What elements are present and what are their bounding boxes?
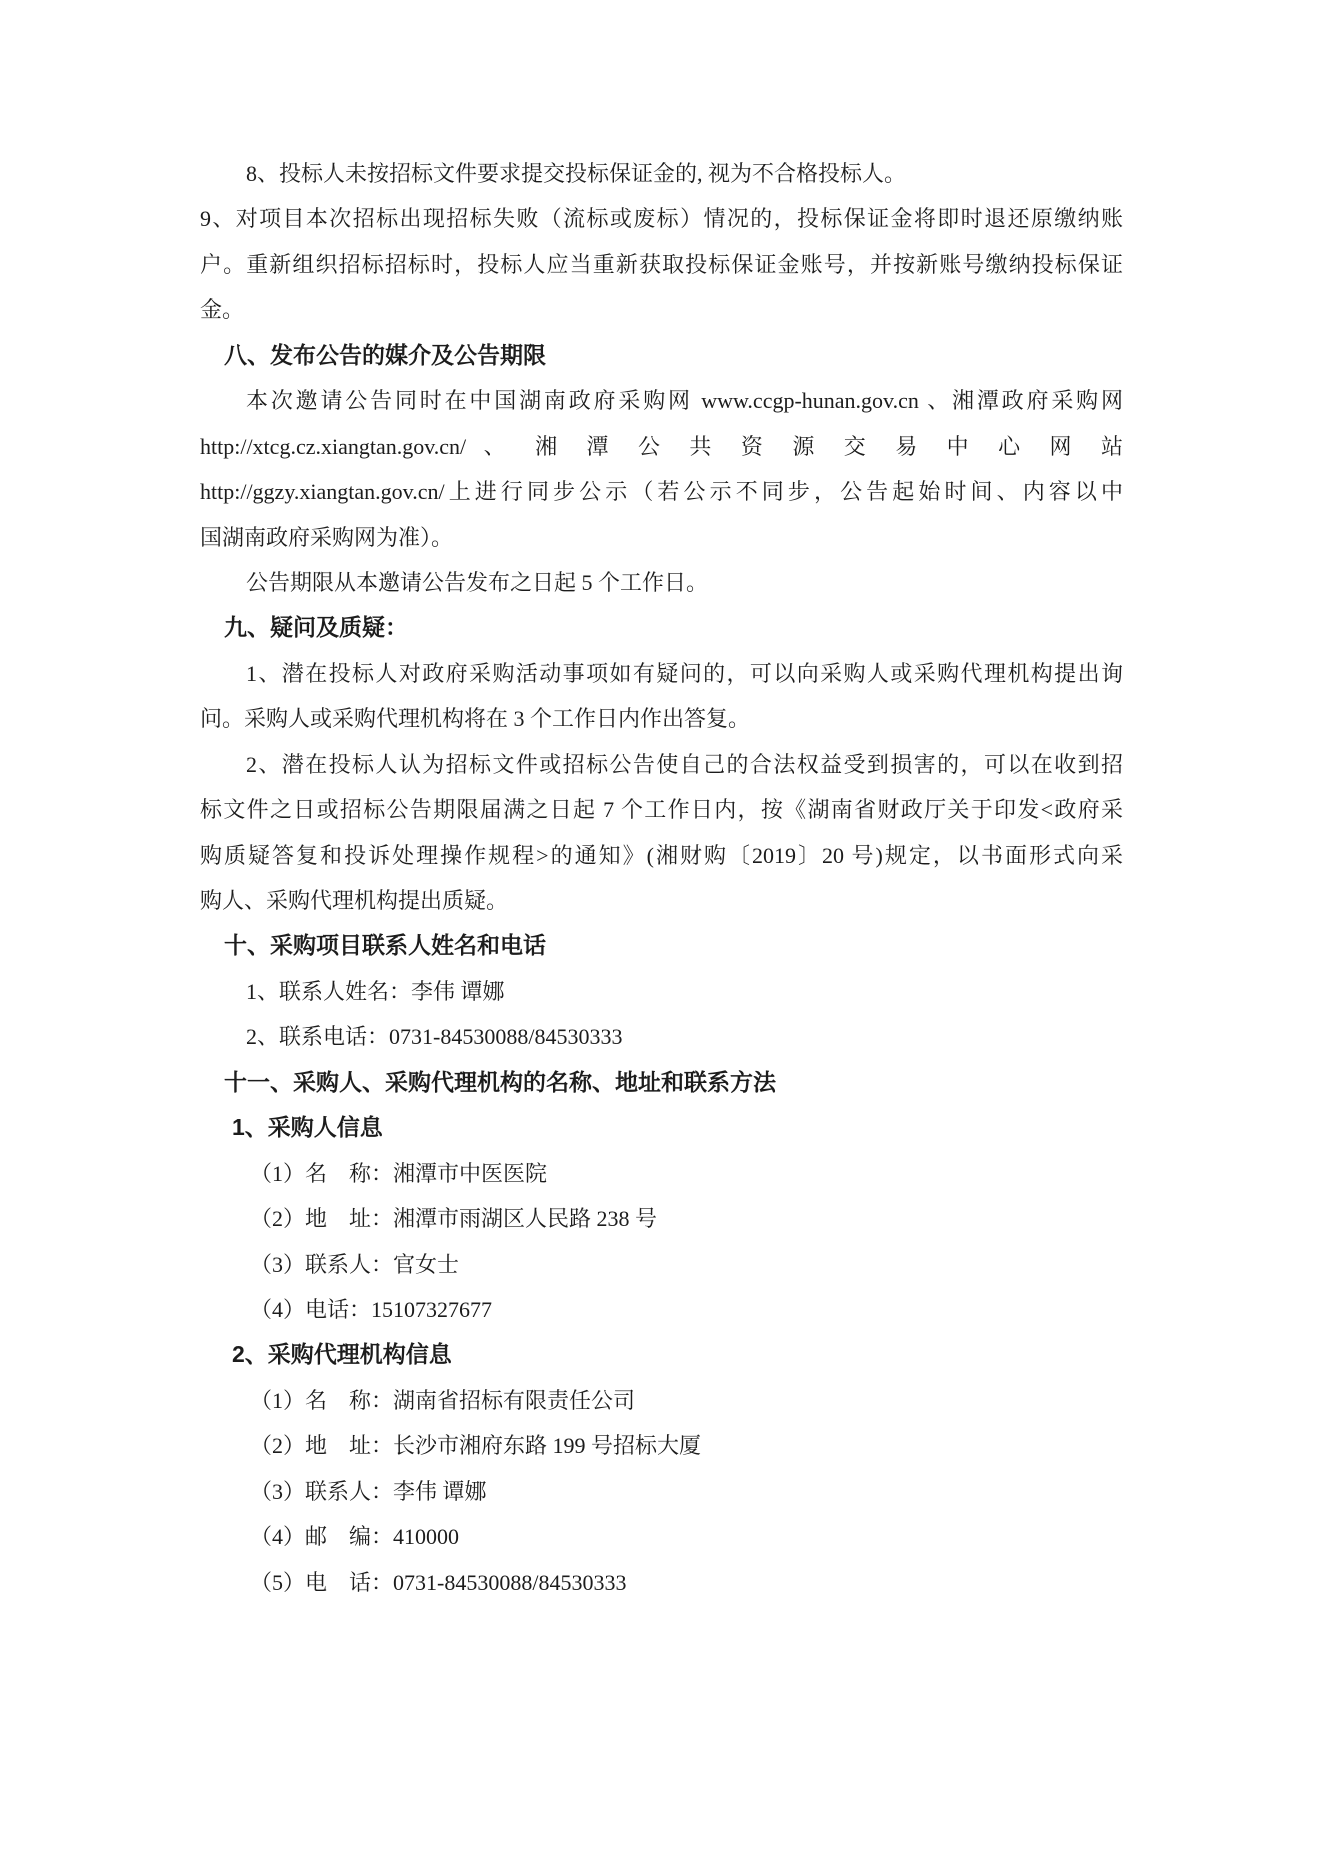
- document-page: 8、投标人未按招标文件要求提交投标保证金的, 视为不合格投标人。 9、对项目本次…: [0, 0, 1323, 1871]
- inquiry-item-2-line-3: 购质疑答复和投诉处理操作规程>的通知》(湘财购〔2019〕20 号)规定，以书面…: [200, 833, 1123, 878]
- agency-phone-line: （5）电 话：0731-84530088/84530333: [200, 1560, 1123, 1605]
- purchaser-info-heading: 1、采购人信息: [200, 1105, 1123, 1150]
- section-8-heading: 八、发布公告的媒介及公告期限: [200, 333, 1123, 378]
- clause-9-line-3: 金。: [200, 287, 1123, 332]
- inquiry-item-1-line-2: 问。采购人或采购代理机构将在 3 个工作日内作出答复。: [200, 696, 1123, 741]
- agency-address-line: （2）地 址：长沙市湘府东路 199 号招标大厦: [200, 1423, 1123, 1468]
- inquiry-item-2-line-4: 购人、采购代理机构提出质疑。: [200, 878, 1123, 923]
- section-10-heading: 十、采购项目联系人姓名和电话: [200, 923, 1123, 968]
- agency-info-heading: 2、采购代理机构信息: [200, 1332, 1123, 1377]
- agency-name-line: （1）名 称：湖南省招标有限责任公司: [200, 1378, 1123, 1423]
- clause-9-line-1: 9、对项目本次招标出现招标失败（流标或废标）情况的，投标保证金将即时退还原缴纳账: [200, 196, 1123, 241]
- agency-postcode-line: （4）邮 编：410000: [200, 1514, 1123, 1559]
- announcement-period-line: 公告期限从本邀请公告发布之日起 5 个工作日。: [200, 560, 1123, 605]
- agency-contact-line: （3）联系人：李伟 谭娜: [200, 1469, 1123, 1514]
- publication-line-2: http://xtcg.cz.xiangtan.gov.cn/ 、 湘 潭 公 …: [200, 424, 1123, 469]
- purchaser-contact-line: （3）联系人：官女士: [200, 1242, 1123, 1287]
- contact-name-line: 1、联系人姓名：李伟 谭娜: [200, 969, 1123, 1014]
- publication-line-1: 本次邀请公告同时在中国湖南政府采购网 www.ccgp-hunan.gov.cn…: [200, 378, 1123, 423]
- publication-line-4: 国湖南政府采购网为准）。: [200, 515, 1123, 560]
- contact-phone-line: 2、联系电话：0731-84530088/84530333: [200, 1014, 1123, 1059]
- purchaser-phone-line: （4）电话：15107327677: [200, 1287, 1123, 1332]
- inquiry-item-2-line-1: 2、潜在投标人认为招标文件或招标公告使自己的合法权益受到损害的，可以在收到招: [200, 742, 1123, 787]
- clause-9-line-2: 户。重新组织招标招标时，投标人应当重新获取投标保证金账号，并按新账号缴纳投标保证: [200, 242, 1123, 287]
- inquiry-item-2-line-2: 标文件之日或招标公告期限届满之日起 7 个工作日内，按《湖南省财政厅关于印发<政…: [200, 787, 1123, 832]
- publication-line-3: http://ggzy.xiangtan.gov.cn/上进行同步公示（若公示不…: [200, 469, 1123, 514]
- section-11-heading: 十一、采购人、采购代理机构的名称、地址和联系方法: [200, 1060, 1123, 1105]
- clause-8-line: 8、投标人未按招标文件要求提交投标保证金的, 视为不合格投标人。: [200, 151, 1123, 196]
- section-9-heading: 九、疑问及质疑：: [200, 605, 1123, 650]
- purchaser-address-line: （2）地 址：湘潭市雨湖区人民路 238 号: [200, 1196, 1123, 1241]
- inquiry-item-1-line-1: 1、潜在投标人对政府采购活动事项如有疑问的，可以向采购人或采购代理机构提出询: [200, 651, 1123, 696]
- purchaser-name-line: （1）名 称：湘潭市中医医院: [200, 1151, 1123, 1196]
